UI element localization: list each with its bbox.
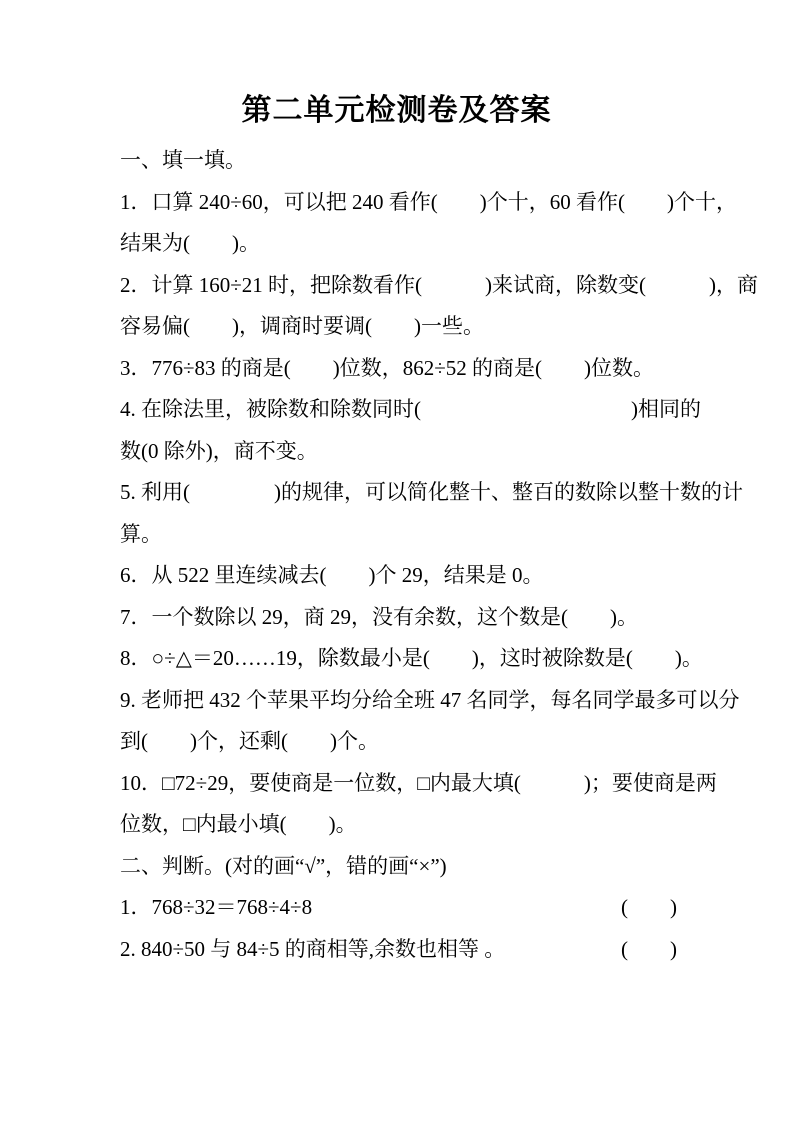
q2-line-2: 容易偏( )，调商时要调( )一些。 [120, 306, 695, 348]
q9-line-1: 9. 老师把 432 个苹果平均分给全班 47 名同学，每名同学最多可以分 [120, 680, 695, 722]
q5-line-2: 算。 [120, 514, 695, 556]
q10-line-2: 位数，□内最小填( )。 [120, 804, 695, 846]
q6-line-1: 6．从 522 里连续减去( )个 29，结果是 0。 [120, 555, 695, 597]
q10-line-1: 10．□72÷29，要使商是一位数，□内最大填( )；要使商是两 [120, 763, 695, 805]
judge-2-answer-slot: ( ) [621, 929, 695, 971]
q4-line-1: 4. 在除法里，被除数和除数同时( )相同的 [120, 389, 695, 431]
q2-line-1: 2．计算 160÷21 时，把除数看作( )来试商，除数变( )，商 [120, 265, 695, 307]
judge-item-1: 1．768÷32＝768÷4÷8 ( ) [120, 887, 695, 929]
q5-line-1: 5. 利用( )的规律，可以简化整十、整百的数除以整十数的计 [120, 472, 695, 514]
q4-line-2: 数(0 除外)，商不变。 [120, 431, 695, 473]
q9-line-2: 到( )个，还剩( )个。 [120, 721, 695, 763]
q1-line-1: 1．口算 240÷60，可以把 240 看作( )个十，60 看作( )个十， [120, 182, 695, 224]
page-title: 第二单元检测卷及答案 [0, 93, 793, 129]
section-judge-heading: 二、判断。(对的画“√”，错的画“×”) [120, 846, 695, 888]
judge-1-answer-slot: ( ) [621, 887, 695, 929]
document-page: 第二单元检测卷及答案 一、填一填。 1．口算 240÷60，可以把 240 看作… [0, 0, 793, 1122]
q7-line-1: 7．一个数除以 29，商 29，没有余数，这个数是( )。 [120, 597, 695, 639]
section-fill-heading: 一、填一填。 [120, 140, 695, 182]
judge-2-text: 2. 840÷50 与 84÷5 的商相等,余数也相等 。 [120, 929, 505, 971]
q3-line-1: 3．776÷83 的商是( )位数，862÷52 的商是( )位数。 [120, 348, 695, 390]
q8-line-1: 8．○÷△＝20……19，除数最小是( )，这时被除数是( )。 [120, 638, 695, 680]
judge-item-2: 2. 840÷50 与 84÷5 的商相等,余数也相等 。 ( ) [120, 929, 695, 971]
document-body: 一、填一填。 1．口算 240÷60，可以把 240 看作( )个十，60 看作… [120, 140, 695, 970]
judge-1-text: 1．768÷32＝768÷4÷8 [120, 887, 312, 929]
q1-line-2: 结果为( )。 [120, 223, 695, 265]
